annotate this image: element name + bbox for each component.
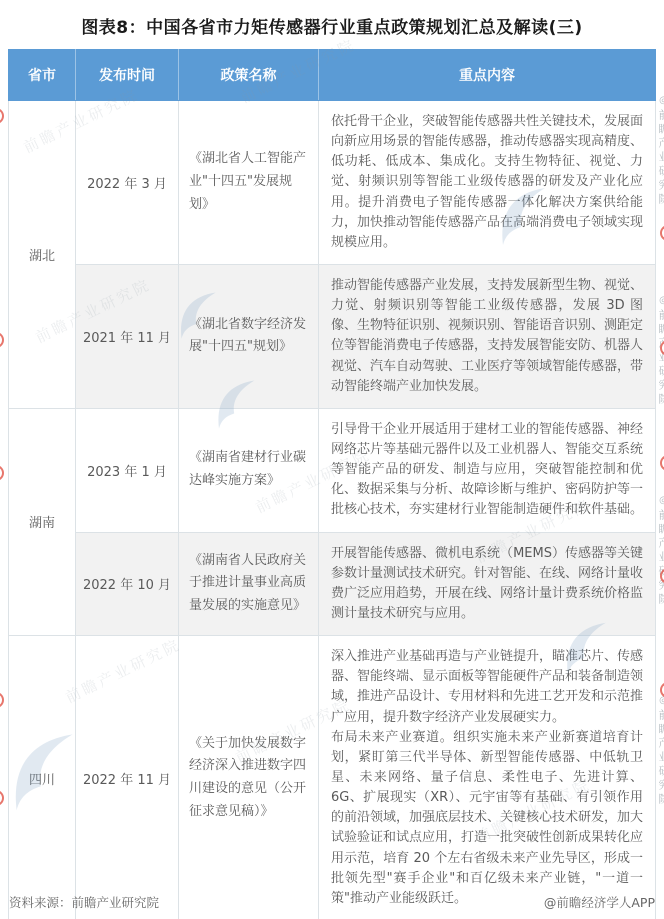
qianzhan-dot-icon: ◎ (658, 695, 664, 709)
policy-cell: 《湖北省数字经济发展"十四五"规划》 (179, 264, 319, 408)
red-stamp-icon (660, 682, 664, 698)
date-cell: 2021 年 11 月 (76, 264, 179, 408)
red-stamp-icon (0, 692, 4, 708)
red-stamp-icon (660, 340, 664, 356)
header-cell-content: 重点内容 (319, 50, 656, 101)
figure-page: 图表8：中国各省市力矩传感器行业重点政策规划汇总及解读(三) 省市 发布时间 政… (0, 0, 664, 919)
content-cell: 引导骨干企业开展适用于建材工业的智能传感器、神经网络芯片等基础元器件以及工业机器… (319, 408, 656, 532)
header-cell-date: 发布时间 (76, 50, 179, 101)
figure-footer: 资料来源：前瞻产业研究院 @前瞻经济学人APP (0, 893, 664, 911)
policy-cell: 《湖南省建材行业碳达峰实施方案》 (179, 408, 319, 532)
table-row: 四川 2022 年 11 月 《关于加快发展数字经济深入推进数字四川建设的意见（… (9, 636, 656, 919)
qianzhan-dot-icon: ◎ (658, 495, 664, 509)
province-cell-hunan: 湖南 (9, 408, 76, 635)
table-header-row: 省市 发布时间 政策名称 重点内容 (9, 50, 656, 101)
source-label: 资料来源：前瞻产业研究院 (9, 893, 159, 911)
table-row: 湖南 2023 年 1 月 《湖南省建材行业碳达峰实施方案》 引导骨干企业开展适… (9, 408, 656, 532)
policy-cell: 《湖北省人工智能产业"十四五"发展规划》 (179, 101, 319, 265)
table-row: 2022 年 10 月 《湖南省人民政府关于推进计量事业高质量发展的实施意见》 … (9, 532, 656, 636)
header-cell-policy: 政策名称 (179, 50, 319, 101)
red-stamp-icon (660, 568, 664, 584)
province-cell-hubei: 湖北 (9, 101, 76, 409)
qianzhan-dot-icon: ◎ (658, 95, 664, 109)
red-stamp-icon (0, 108, 4, 124)
red-stamp-icon (0, 332, 4, 348)
date-cell: 2022 年 11 月 (76, 636, 179, 919)
edge-watermark: ◎前瞻产业研究院 (655, 495, 664, 607)
table-row: 湖北 2022 年 3 月 《湖北省人工智能产业"十四五"发展规划》 依托骨干企… (9, 101, 656, 265)
edge-watermark: ◎前瞻产业研究院 (655, 695, 664, 807)
edge-watermark: ◎前瞻产业研究院 (655, 295, 664, 407)
province-cell-sichuan: 四川 (9, 636, 76, 919)
red-stamp-icon (0, 790, 4, 806)
red-stamp-icon (0, 465, 4, 481)
date-cell: 2023 年 1 月 (76, 408, 179, 532)
policy-table: 省市 发布时间 政策名称 重点内容 湖北 2022 年 3 月 《湖北省人工智能… (8, 49, 656, 919)
content-cell: 深入推进产业基础再造与产业链提升，瞄准芯片、传感器、智能终端、显示面板等智能硬件… (319, 636, 656, 919)
content-cell: 开展智能传感器、微机电系统（MEMS）传感器等关键参数计量测试技术研究。针对智能… (319, 532, 656, 636)
edge-watermark: ◎前瞻产业研究院 (655, 95, 664, 207)
red-stamp-icon (660, 225, 664, 241)
date-cell: 2022 年 10 月 (76, 532, 179, 636)
policy-cell: 《湖南省人民政府关于推进计量事业高质量发展的实施意见》 (179, 532, 319, 636)
content-cell: 依托骨干企业，突破智能传感器共性关键技术，发展面向新应用场景的智能传感器，推动传… (319, 101, 656, 265)
table-row: 2021 年 11 月 《湖北省数字经济发展"十四五"规划》 推动智能传感器产业… (9, 264, 656, 408)
red-stamp-icon (660, 455, 664, 471)
policy-cell: 《关于加快发展数字经济深入推进数字四川建设的意见（公开征求意见稿）》 (179, 636, 319, 919)
credit-label: @前瞻经济学人APP (544, 893, 655, 911)
date-cell: 2022 年 3 月 (76, 101, 179, 265)
content-cell: 推动智能传感器产业发展，支持发展新型生物、视觉、力觉、射频识别等智能工业级传感器… (319, 264, 656, 408)
header-cell-province: 省市 (9, 50, 76, 101)
qianzhan-dot-icon: ◎ (658, 295, 664, 309)
figure-title: 图表8：中国各省市力矩传感器行业重点政策规划汇总及解读(三) (0, 0, 664, 49)
